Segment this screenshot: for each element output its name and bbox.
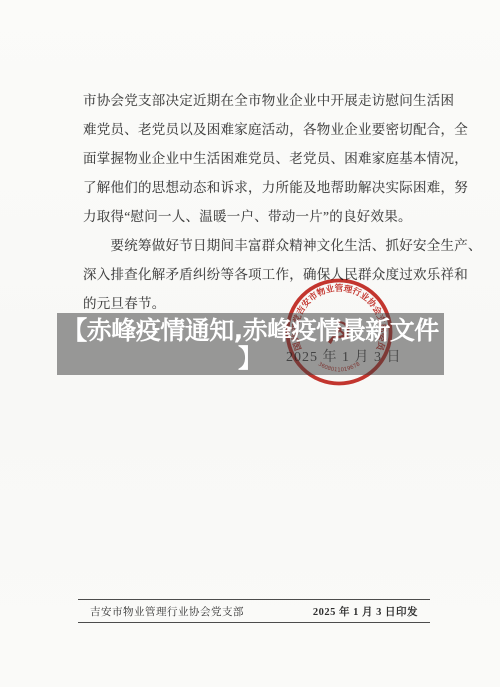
body-line: 面掌握物业企业中生活困难党员、老党员、困难家庭基本情况， <box>83 144 461 173</box>
headline-overlay-banner: 【赤峰疫情通知,赤峰疫情最新文件 】 <box>57 313 444 375</box>
scanned-document-page: 市协会党支部决定近期在全市物业企业中开展走访慰问生活困 难党员、老党员以及困难家… <box>0 0 500 687</box>
footer-print-date: 2025 年 1 月 3 日印发 <box>313 604 418 619</box>
footer-issuer: 吉安市物业管理行业协会党支部 <box>90 604 244 619</box>
document-footer: 吉安市物业管理行业协会党支部 2025 年 1 月 3 日印发 <box>78 599 430 623</box>
body-line: 了解他们的思想动态和诉求，力所能及地帮助解决实际困难，努 <box>83 173 461 202</box>
banner-title-line1: 【赤峰疫情通知,赤峰疫情最新文件 <box>62 316 439 346</box>
document-body: 市协会党支部决定近期在全市物业企业中开展走访慰问生活困 难党员、老党员以及困难家… <box>83 86 461 318</box>
body-line: 难党员、老党员以及困难家庭活动，各物业企业要密切配合，全 <box>83 115 461 144</box>
body-line: 深入排查化解矛盾纠纷等各项工作，确保人民群众度过欢乐祥和 <box>83 260 461 289</box>
banner-title-line2: 】 <box>238 346 263 372</box>
body-line: 力取得“慰问一人、温暖一户、带动一片”的良好效果。 <box>83 202 461 231</box>
body-line: 市协会党支部决定近期在全市物业企业中开展走访慰问生活困 <box>83 86 461 115</box>
body-line: 要统筹做好节日期间丰富群众精神文化生活、抓好安全生产、 <box>83 231 461 260</box>
